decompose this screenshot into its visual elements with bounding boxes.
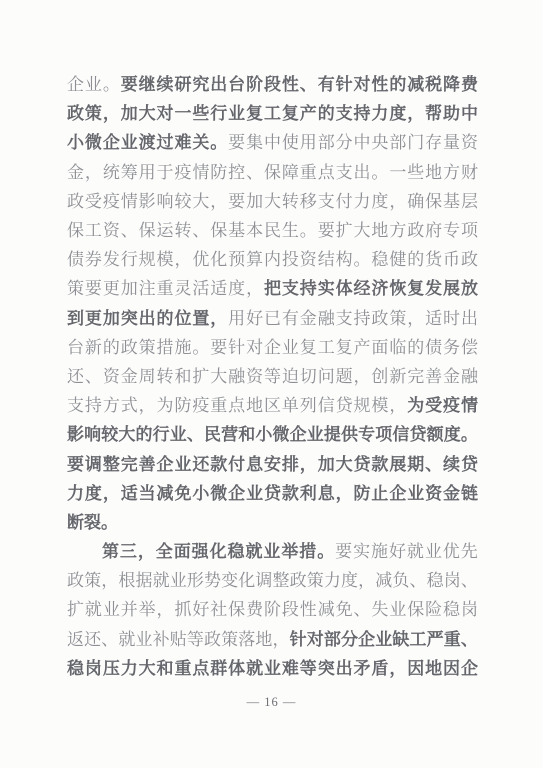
paragraph-indent <box>67 549 101 550</box>
text-line: 到更加突出的位置，用好已有金融支持政策，适时出 <box>67 302 478 331</box>
text-line: 政受疫情影响较大，要加大转移支付力度，确保基层 <box>67 185 478 214</box>
text-line: 金，统筹用于疫情防控、保障重点支出。一些地方财 <box>67 156 478 185</box>
text-line: 影响较大的行业、民营和小微企业提供专项信贷额度。 <box>67 418 478 447</box>
text-line: 断裂。 <box>67 506 478 535</box>
text-line: 扩就业并举，抓好社保费阶段性减免、失业保险稳岗 <box>67 593 478 622</box>
text-line: 支持方式，为防疫重点地区单列信贷规模，为受疫情 <box>67 389 478 418</box>
text-line: 政策，根据就业形势变化调整政策力度，减负、稳岗、 <box>67 564 478 593</box>
text-line: 台新的政策措施。要针对企业复工复产面临的债务偿 <box>67 331 478 360</box>
text-block: 企业。要继续研究出台阶段性、有针对性的减税降费政策，加大对一些行业复工复产的支持… <box>67 68 478 681</box>
text-line: 第三，全面强化稳就业举措。要实施好就业优先 <box>67 535 478 564</box>
text-line: 还、资金周转和扩大融资等迫切问题，创新完善金融 <box>67 360 478 389</box>
document-page: 企业。要继续研究出台阶段性、有针对性的减税降费政策，加大对一些行业复工复产的支持… <box>0 0 543 768</box>
text-line: 稳岗压力大和重点群体就业难等突出矛盾，因地因企 <box>67 652 478 681</box>
text-line: 小微企业渡过难关。要集中使用部分中央部门存量资 <box>67 126 478 155</box>
text-line: 企业。要继续研究出台阶段性、有针对性的减税降费 <box>67 68 478 97</box>
text-line: 债券发行规模，优化预算内投资结构。稳健的货币政 <box>67 243 478 272</box>
text-line: 返还、就业补贴等政策落地，针对部分企业缺工严重、 <box>67 623 478 652</box>
text-line: 策要更加注重灵活适度，把支持实体经济恢复发展放 <box>67 272 478 301</box>
text-line: 政策，加大对一些行业复工复产的支持力度，帮助中 <box>67 97 478 126</box>
text-line: 力度，适当减免小微企业贷款利息，防止企业资金链 <box>67 477 478 506</box>
text-line: 保工资、保运转、保基本民生。要扩大地方政府专项 <box>67 214 478 243</box>
text-line: 要调整完善企业还款付息安排，加大贷款展期、续贷 <box>67 447 478 476</box>
page-number: — 16 — <box>0 695 543 710</box>
